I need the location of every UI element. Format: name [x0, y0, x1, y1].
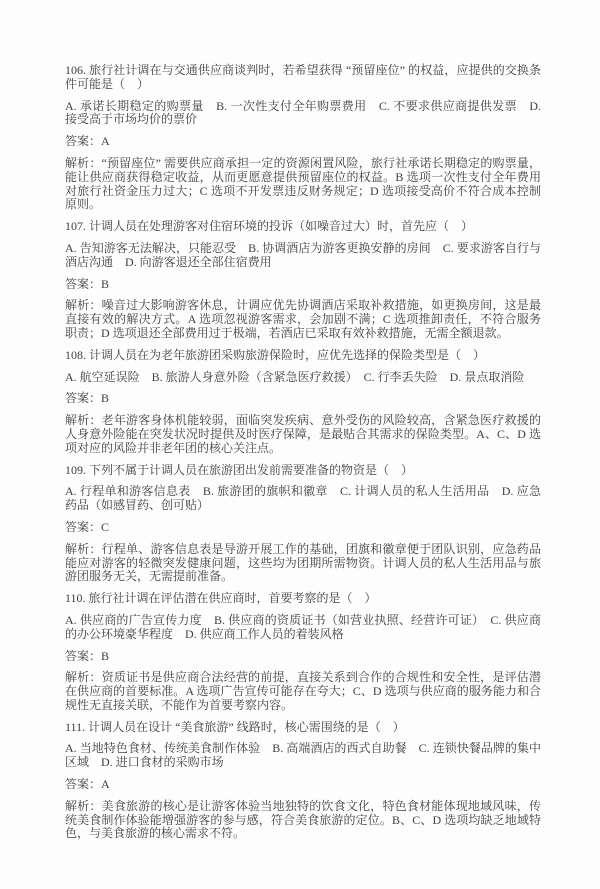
answer-line: 答案：B	[65, 650, 541, 664]
question-block-108: 108. 计调人员在为老年旅游团采购旅游保险时，应优先选择的保险类型是（ ） A…	[65, 349, 541, 456]
answer-line: 答案：C	[65, 521, 541, 535]
question-options: A. 告知游客无法解决，只能忍受 B. 协调酒店为游客更换安静的房间 C. 要求…	[65, 242, 541, 270]
question-stem: 110. 旅行社计调在评估潜在供应商时，首要考察的是（ ）	[65, 592, 541, 606]
question-options: A. 承诺长期稳定的购票量 B. 一次性支付全年购票费用 C. 不要求供应商提供…	[65, 100, 541, 128]
question-block-106: 106. 旅行社计调在与交通供应商谈判时，若希望获得 “预留座位” 的权益，应提…	[65, 64, 541, 212]
question-block-111: 111. 计调人员在设计 “美食旅游” 线路时，核心需围绕的是（ ） A. 当地…	[65, 721, 541, 842]
question-stem: 108. 计调人员在为老年旅游团采购旅游保险时，应优先选择的保险类型是（ ）	[65, 349, 541, 363]
analysis-text: 解析：行程单、游客信息表是导游开展工作的基础，团旗和徽章便于团队识别，应急药品能…	[65, 543, 541, 584]
question-options: A. 行程单和游客信息表 B. 旅游团的旗帜和徽章 C. 计调人员的私人生活用品…	[65, 485, 541, 513]
analysis-text: 解析：老年游客身体机能较弱，面临突发疾病、意外受伤的风险较高，含紧急医疗救援的人…	[65, 414, 541, 455]
question-block-109: 109. 下列不属于计调人员在旅游团出发前需要准备的物资是（ ） A. 行程单和…	[65, 464, 541, 585]
answer-line: 答案：A	[65, 135, 541, 149]
analysis-text: 解析：资质证书是供应商合法经营的前提，直接关系到合作的合规性和安全性，是评估潜在…	[65, 671, 541, 712]
analysis-text: 解析：噪音过大影响游客休息，计调应优先协调酒店采取补救措施，如更换房间，这是最直…	[65, 299, 541, 340]
question-options: A. 航空延误险 B. 旅游人身意外险（含紧急医疗救援） C. 行李丢失险 D.…	[65, 371, 541, 385]
question-stem: 109. 下列不属于计调人员在旅游团出发前需要准备的物资是（ ）	[65, 464, 541, 478]
question-stem: 111. 计调人员在设计 “美食旅游” 线路时，核心需围绕的是（ ）	[65, 721, 541, 735]
analysis-text: 解析：“预留座位” 需要供应商承担一定的资源闲置风险，旅行社承诺长期稳定的购票量…	[65, 157, 541, 212]
question-block-110: 110. 旅行社计调在评估潜在供应商时，首要考察的是（ ） A. 供应商的广告宣…	[65, 592, 541, 713]
answer-line: 答案：B	[65, 278, 541, 292]
question-stem: 107. 计调人员在处理游客对住宿环境的投诉（如噪音过大）时，首先应（ ）	[65, 220, 541, 234]
question-options: A. 供应商的广告宣传力度 B. 供应商的资质证书（如营业执照、经营许可证） C…	[65, 614, 541, 642]
question-block-107: 107. 计调人员在处理游客对住宿环境的投诉（如噪音过大）时，首先应（ ） A.…	[65, 220, 541, 341]
question-options: A. 当地特色食材、传统美食制作体验 B. 高端酒店的西式自助餐 C. 连锁快餐…	[65, 742, 541, 770]
question-stem: 106. 旅行社计调在与交通供应商谈判时，若希望获得 “预留座位” 的权益，应提…	[65, 64, 541, 92]
answer-line: 答案：B	[65, 392, 541, 406]
analysis-text: 解析：美食旅游的核心是让游客体验当地独特的饮食文化，特色食材能体现地域风味，传统…	[65, 800, 541, 841]
document-page: 106. 旅行社计调在与交通供应商谈判时，若希望获得 “预留座位” 的权益，应提…	[0, 0, 600, 889]
answer-line: 答案：A	[65, 778, 541, 792]
